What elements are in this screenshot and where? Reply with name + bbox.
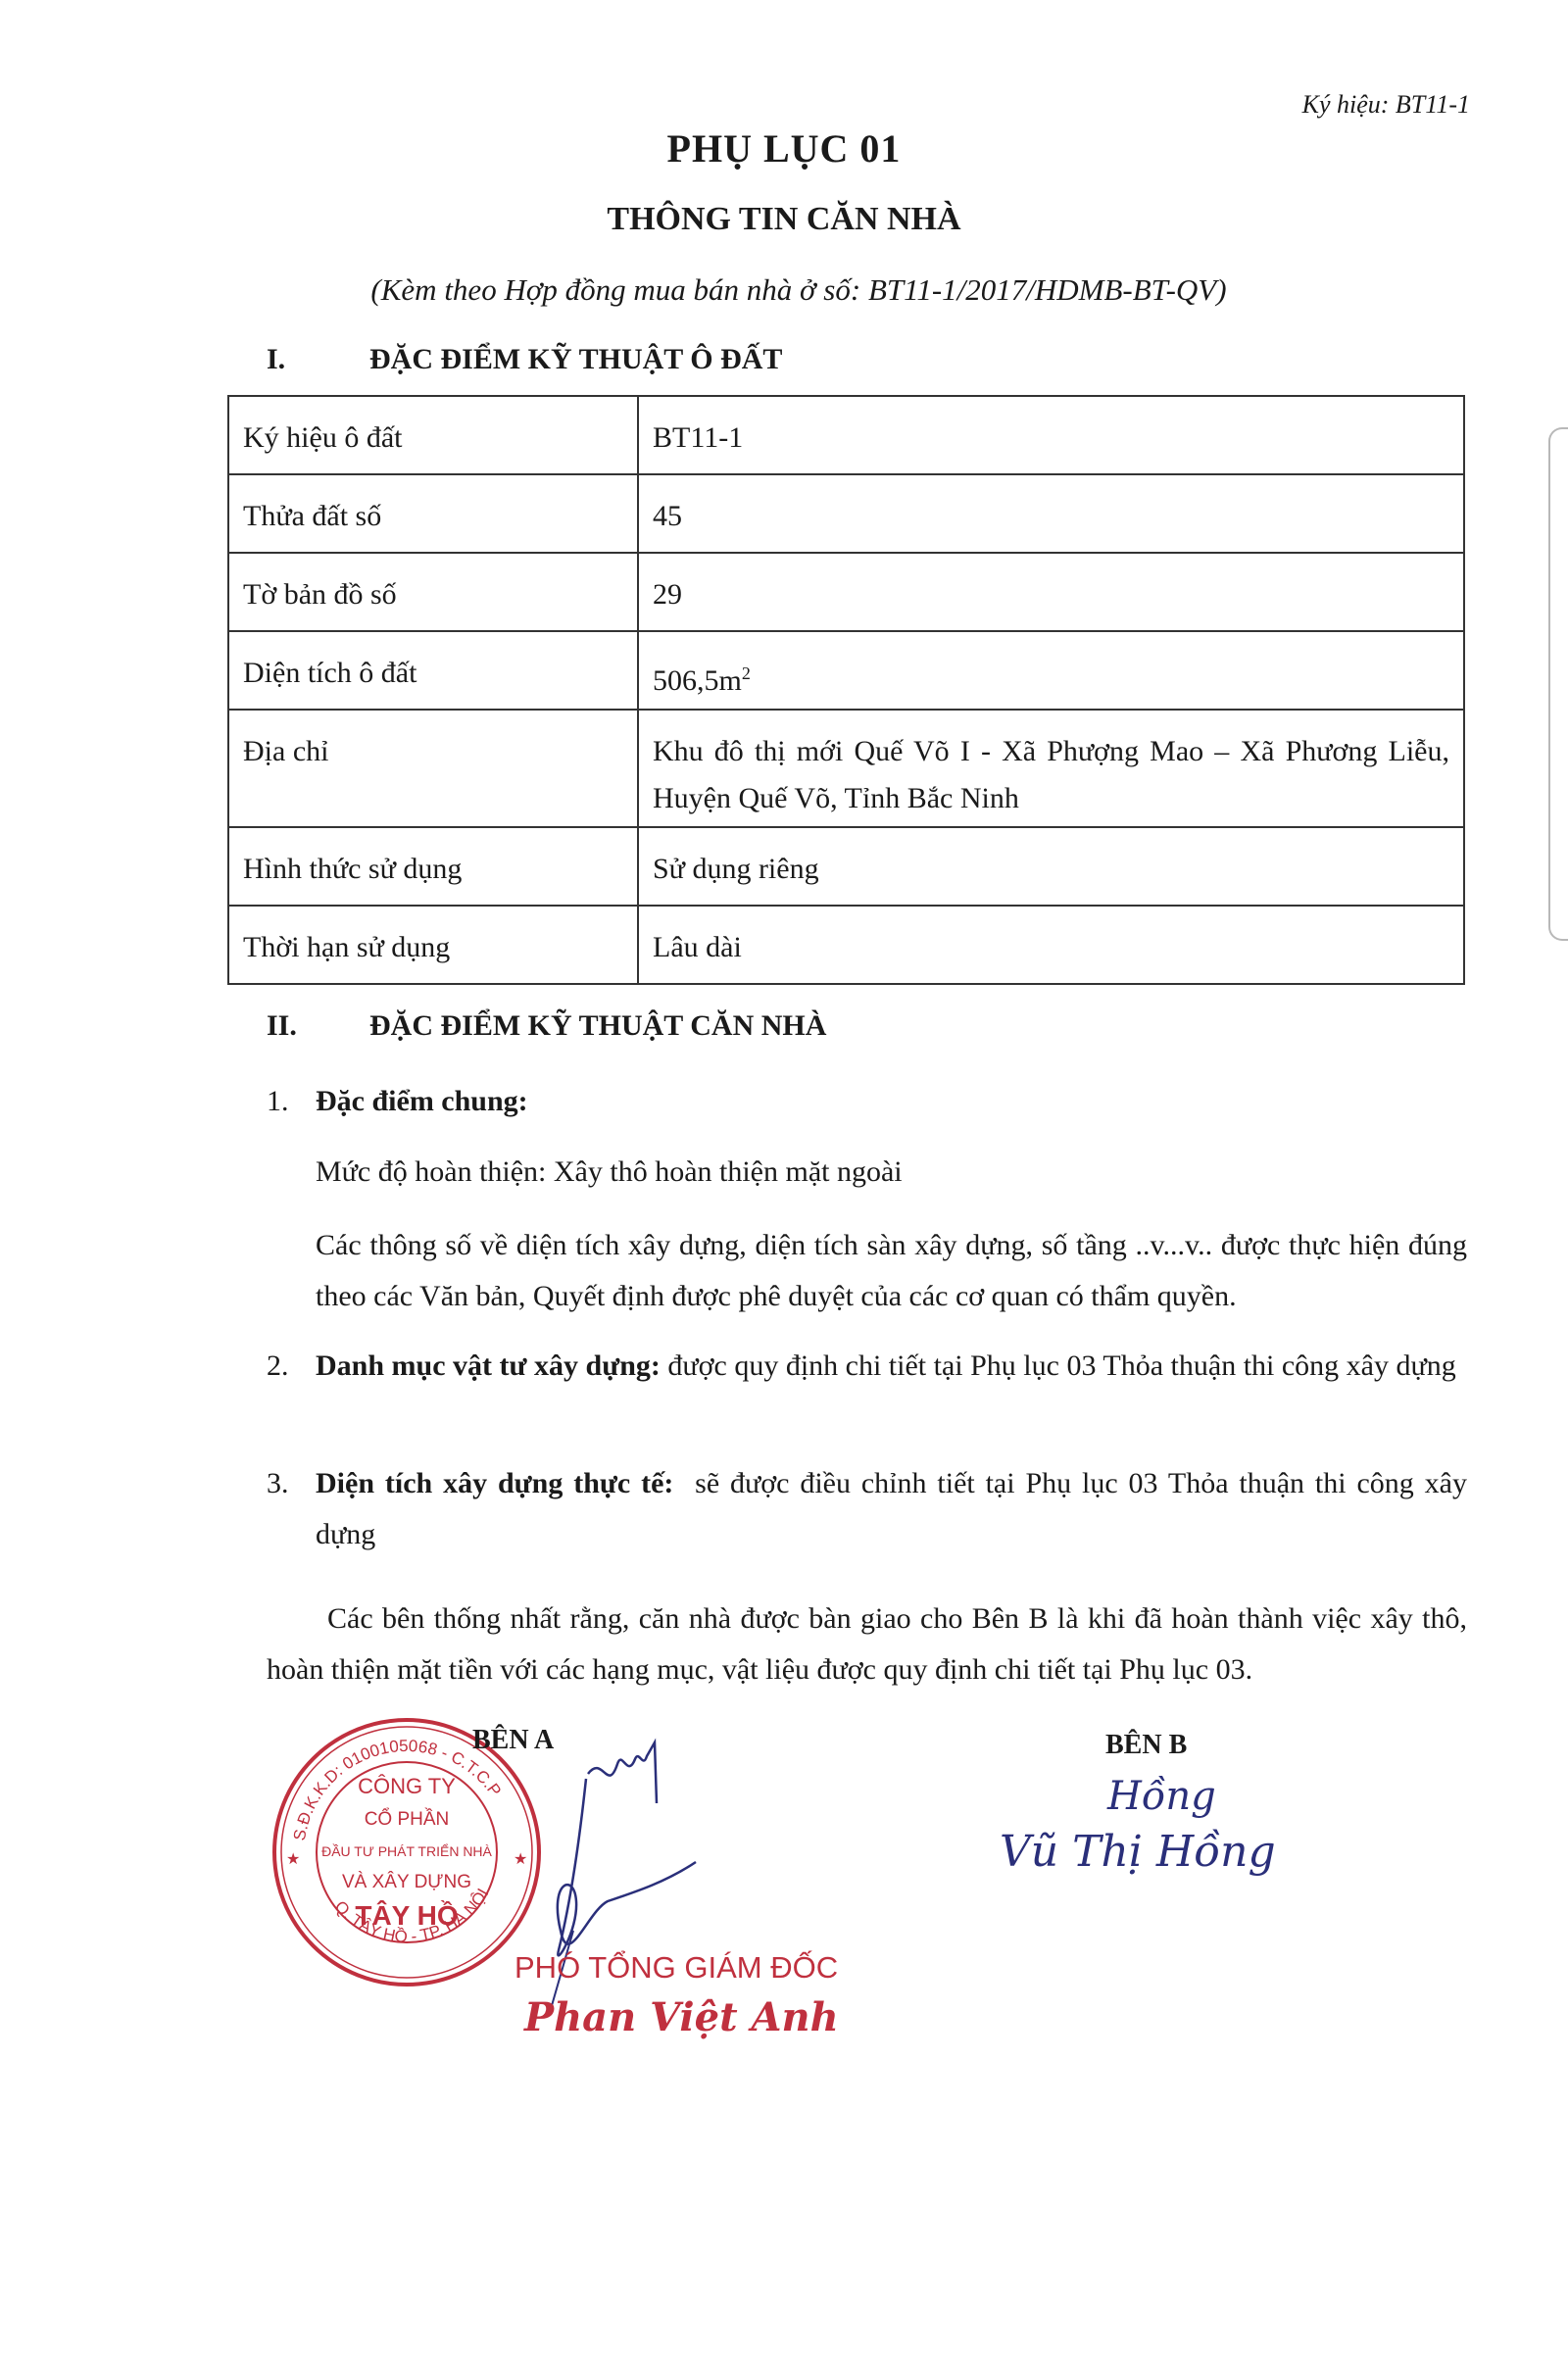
item-number: 1. — [267, 1076, 316, 1127]
party-b-signature-full: Vũ Thị Hồng — [1000, 1827, 1276, 1877]
svg-text:CỔ PHẦN: CỔ PHẦN — [365, 1808, 450, 1830]
svg-text:VÀ XÂY DỰNG: VÀ XÂY DỰNG — [342, 1871, 471, 1892]
party-a-signer-name: Phan Việt Anh — [524, 1994, 839, 2040]
table-row: Hình thức sử dụngSử dụng riêng — [228, 827, 1464, 906]
section-title: ĐẶC ĐIỂM KỸ THUẬT CĂN NHÀ — [369, 1009, 826, 1042]
star-icon: ★ — [514, 1851, 527, 1868]
table-row: Diện tích ô đất506,5m2 — [228, 631, 1464, 710]
item-title: Đặc điểm chung: — [316, 1085, 528, 1117]
row-value: 45 — [638, 474, 1464, 553]
section-number: II. — [267, 1009, 369, 1043]
row-label: Thửa đất số — [228, 474, 638, 553]
land-info-table: Ký hiệu ô đấtBT11-1Thửa đất số45Tờ bản đ… — [227, 395, 1465, 985]
row-label: Ký hiệu ô đất — [228, 396, 638, 474]
row-value-text: 29 — [653, 578, 682, 611]
item-materials: 2. Danh mục vật tư xây dựng: được quy đị… — [267, 1341, 1467, 1392]
table-row: Thời hạn sử dụngLâu dài — [228, 906, 1464, 984]
table-row: Ký hiệu ô đấtBT11-1 — [228, 396, 1464, 474]
item-title: Diện tích xây dựng thực tế: — [316, 1467, 673, 1499]
finish-level: Mức độ hoàn thiện: Xây thô hoàn thiện mặ… — [316, 1147, 903, 1198]
row-value-text: Sử dụng riêng — [653, 853, 819, 885]
item-number: 2. — [267, 1341, 289, 1392]
row-value: Khu đô thị mới Quế Võ I - Xã Phượng Mao … — [638, 710, 1464, 827]
party-a-label: BÊN A — [472, 1725, 554, 1756]
row-value: 506,5m2 — [638, 631, 1464, 710]
row-value: Lâu dài — [638, 906, 1464, 984]
party-b-signature-short: Hồng — [1107, 1774, 1276, 1819]
table-row: Tờ bản đồ số29 — [228, 553, 1464, 631]
svg-text:TÂY HỒ: TÂY HỒ — [355, 1900, 458, 1931]
document-code: Ký hiệu: BT11-1 — [1302, 90, 1470, 120]
item-actual-area: 3. Diện tích xây dựng thực tế: sẽ được đ… — [267, 1458, 1467, 1560]
svg-text:ĐẦU TƯ PHÁT TRIỂN NHÀ: ĐẦU TƯ PHÁT TRIỂN NHÀ — [321, 1842, 492, 1859]
section-title: ĐẶC ĐIỂM KỸ THUẬT Ô ĐẤT — [369, 343, 782, 375]
construction-params: Các thông số về diện tích xây dựng, diện… — [316, 1220, 1467, 1322]
party-b-signature: Hồng Vũ Thị Hồng — [1000, 1774, 1276, 1877]
row-label: Tờ bản đồ số — [228, 553, 638, 631]
row-value-text: BT11-1 — [653, 421, 743, 454]
section-1-heading: I.ĐẶC ĐIỂM KỸ THUẬT Ô ĐẤT — [267, 343, 782, 376]
agreement-paragraph: Các bên thống nhất rằng, căn nhà được bà… — [267, 1594, 1467, 1695]
row-label: Diện tích ô đất — [228, 631, 638, 710]
star-icon: ★ — [286, 1851, 300, 1868]
row-value: 29 — [638, 553, 1464, 631]
scroll-edge-handle[interactable] — [1548, 427, 1568, 941]
row-label: Địa chỉ — [228, 710, 638, 827]
item-general: 1.Đặc điểm chung: — [267, 1076, 528, 1127]
row-value-text: Lâu dài — [653, 931, 742, 963]
table-row: Thửa đất số45 — [228, 474, 1464, 553]
row-label: Hình thức sử dụng — [228, 827, 638, 906]
row-value-text: 45 — [653, 500, 682, 532]
row-value-text: Khu đô thị mới Quế Võ I - Xã Phượng Mao … — [653, 735, 1449, 814]
section-number: I. — [267, 343, 369, 376]
svg-text:CÔNG TY: CÔNG TY — [358, 1774, 456, 1798]
row-value: BT11-1 — [638, 396, 1464, 474]
contract-reference: (Kèm theo Hợp đồng mua bán nhà ở số: BT1… — [29, 272, 1568, 308]
unit-superscript: 2 — [742, 663, 751, 683]
row-label: Thời hạn sử dụng — [228, 906, 638, 984]
item-title: Danh mục vật tư xây dựng: — [316, 1349, 661, 1382]
page-title: PHỤ LỤC 01 — [0, 125, 1568, 172]
table-row: Địa chỉKhu đô thị mới Quế Võ I - Xã Phượ… — [228, 710, 1464, 827]
party-a-role: PHÓ TỔNG GIÁM ĐỐC — [514, 1950, 838, 1986]
party-b-label: BÊN B — [1105, 1730, 1187, 1761]
item-number: 3. — [267, 1458, 289, 1509]
item-text: được quy định chi tiết tại Phụ lục 03 Th… — [661, 1349, 1456, 1382]
row-value-text: 506,5m — [653, 664, 742, 697]
section-2-heading: II.ĐẶC ĐIỂM KỸ THUẬT CĂN NHÀ — [267, 1009, 826, 1043]
row-value: Sử dụng riêng — [638, 827, 1464, 906]
page-subtitle: THÔNG TIN CĂN NHÀ — [0, 201, 1568, 238]
